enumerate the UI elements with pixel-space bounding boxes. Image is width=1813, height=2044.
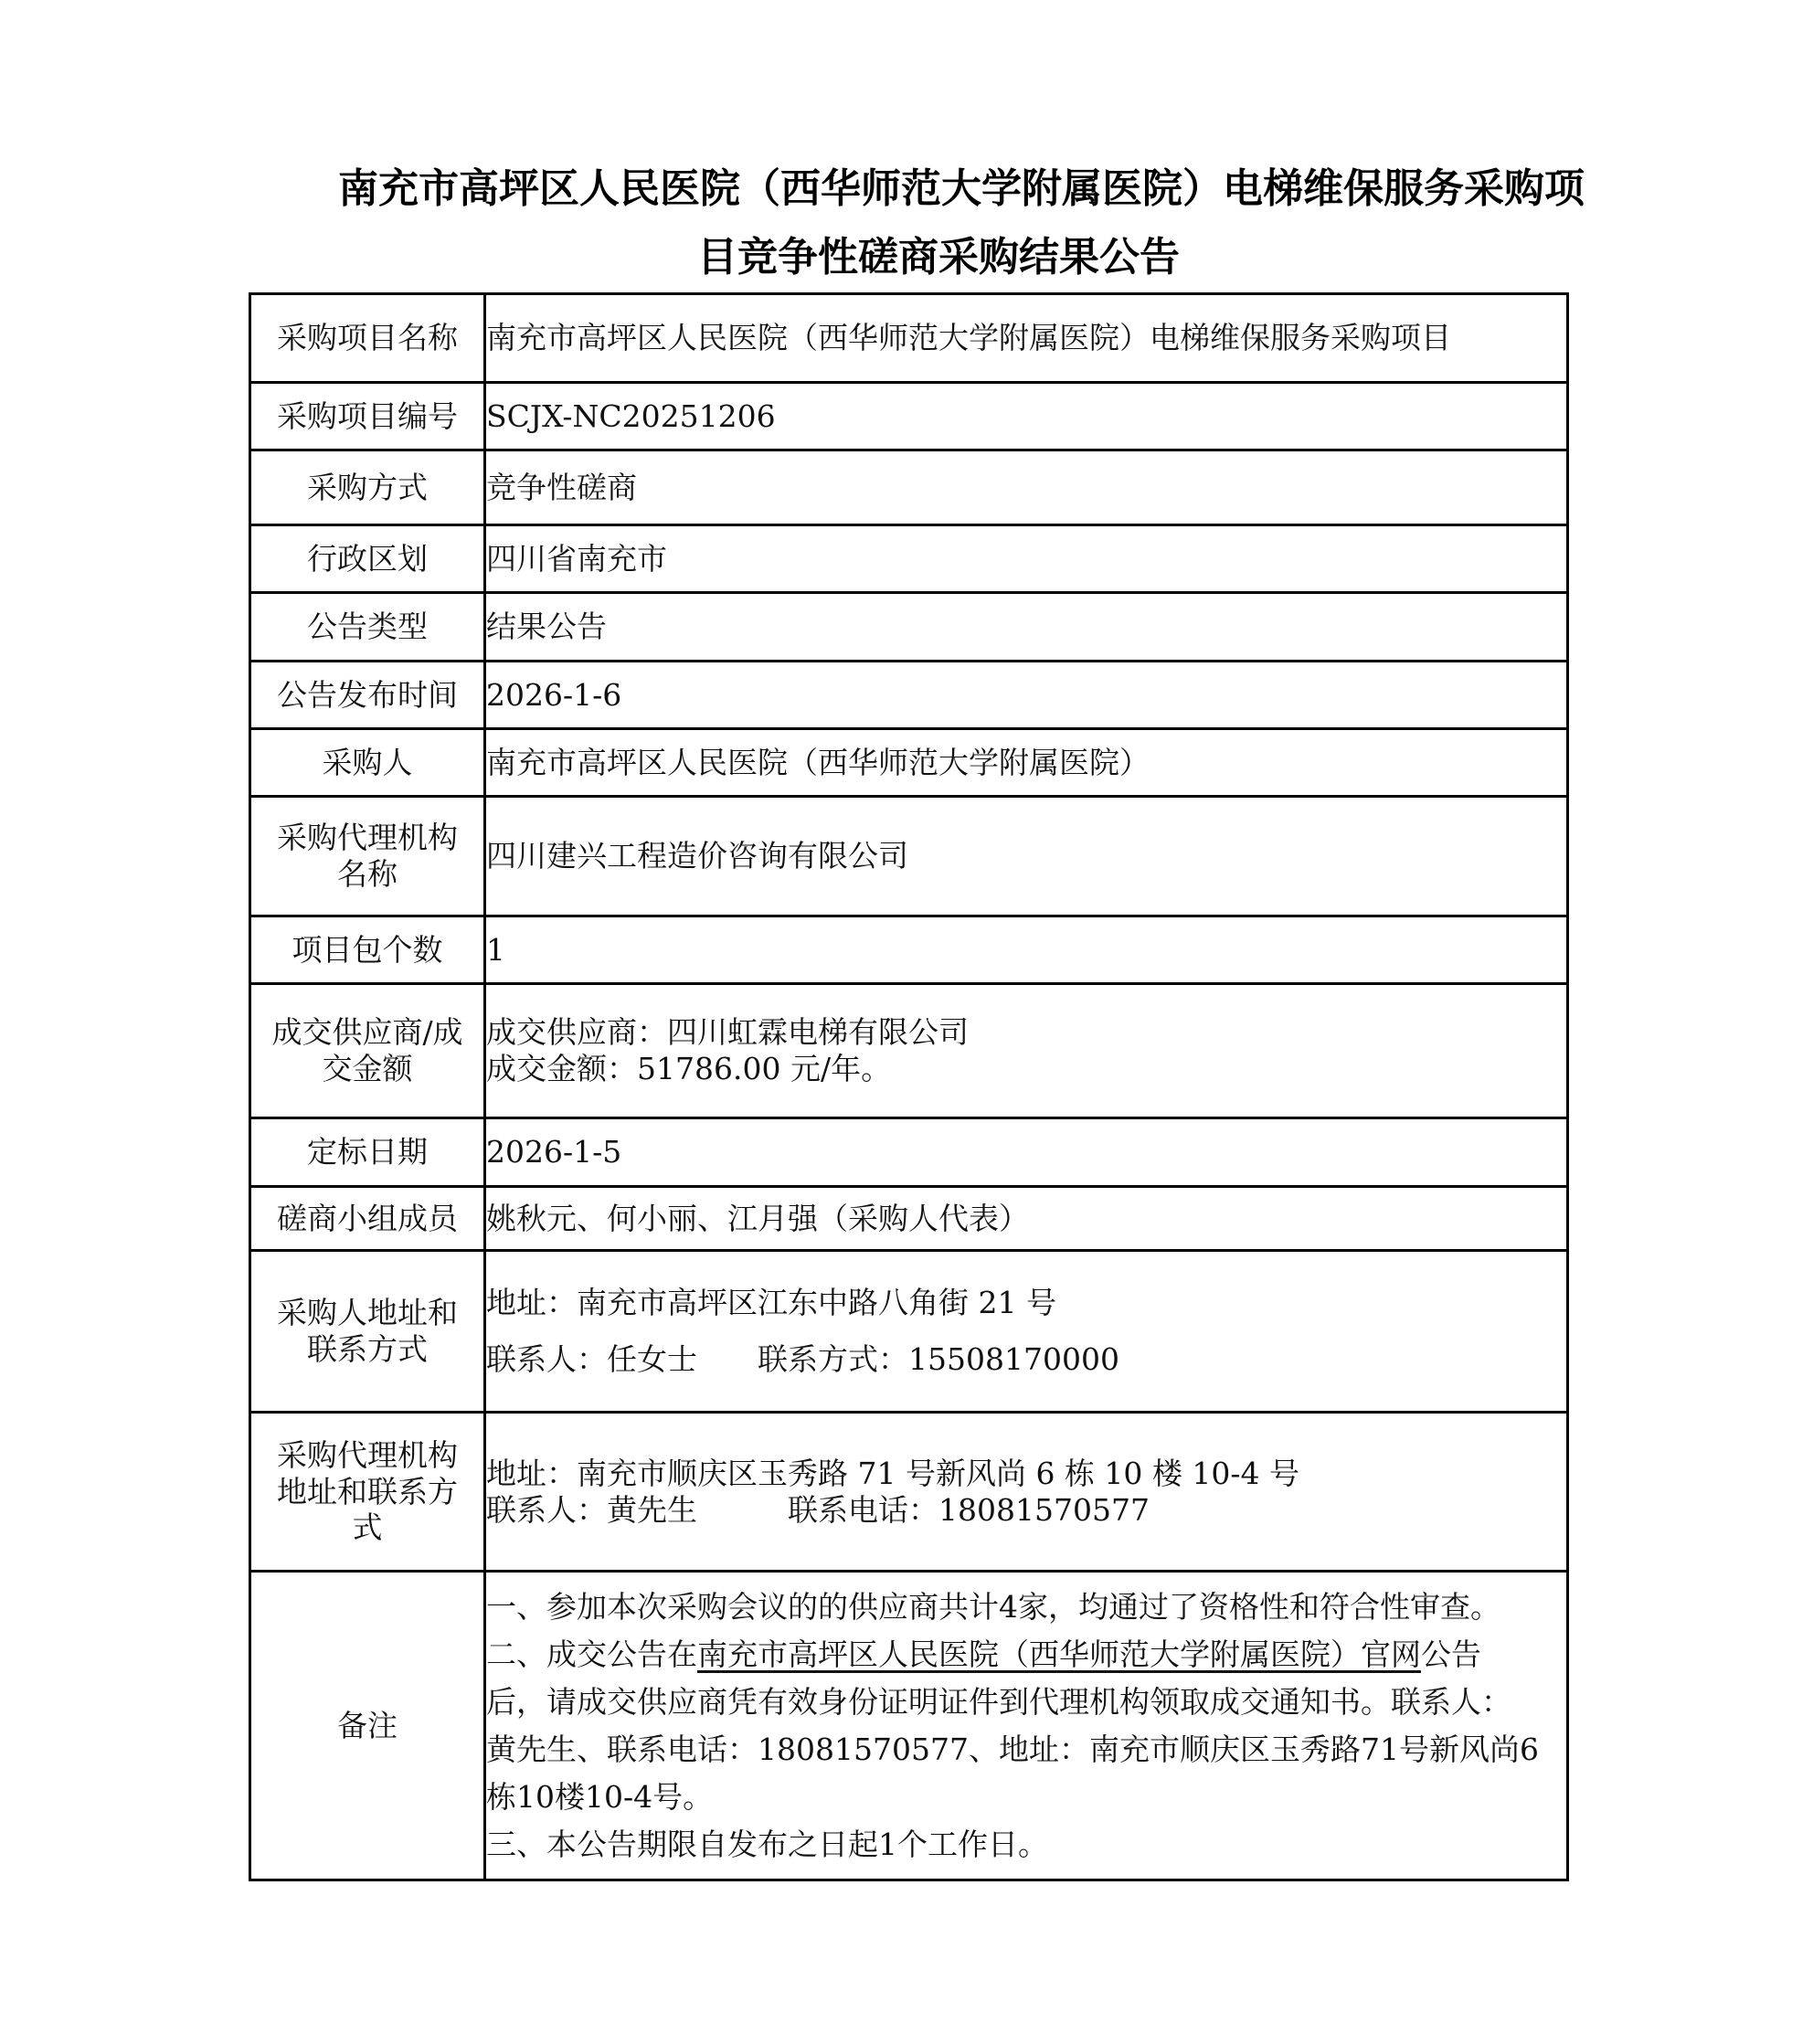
row-label: 采购方式 — [250, 450, 485, 525]
row-label: 成交供应商/成 交金额 — [250, 984, 485, 1118]
remark-line: 黄先生、联系电话：18081570577、地址：南充市顺庆区玉秀路71号新风尚6 — [486, 1726, 1566, 1774]
table-row: 采购代理机构 名称 四川建兴工程造价咨询有限公司 — [250, 797, 1568, 916]
row-label: 采购人地址和 联系方式 — [250, 1251, 485, 1413]
row-label: 采购代理机构 地址和联系方 式 — [250, 1413, 485, 1572]
table-row: 备注 一、参加本次采购会议的的供应商共计4家，均通过了资格性和符合性审查。 二、… — [250, 1572, 1568, 1880]
table-row: 采购代理机构 地址和联系方 式 地址：南充市顺庆区玉秀路 71 号新风尚 6 栋… — [250, 1413, 1568, 1572]
spacer — [486, 1321, 1566, 1341]
agency-contact-cell: 地址：南充市顺庆区玉秀路 71 号新风尚 6 栋 10 楼 10-4 号 联系人… — [485, 1413, 1568, 1572]
remark-text: 二、成交公告在 — [486, 1636, 697, 1672]
row-label-line: 采购人地址和 — [251, 1295, 483, 1331]
document-title-line2: 目竞争性磋商采购结果公告 — [32, 224, 1813, 282]
remark-line: 三、本公告期限自发布之日起1个工作日。 — [486, 1821, 1566, 1869]
table-row: 成交供应商/成 交金额 成交供应商：四川虹霖电梯有限公司 成交金额：51786.… — [250, 984, 1568, 1118]
table-row: 磋商小组成员 姚秋元、何小丽、江月强（采购人代表） — [250, 1187, 1568, 1251]
row-label-line: 地址和联系方 — [251, 1474, 483, 1510]
winning-supplier-cell: 成交供应商：四川虹霖电梯有限公司 成交金额：51786.00 元/年。 — [485, 984, 1568, 1118]
table-row: 公告类型 结果公告 — [250, 593, 1568, 662]
row-label: 公告类型 — [250, 593, 485, 662]
table-row: 采购方式 竞争性磋商 — [250, 450, 1568, 525]
package-count-value: 1 — [485, 916, 1568, 984]
table-row: 采购人 南充市高坪区人民医院（西华师范大学附属医院） — [250, 729, 1568, 797]
table-row: 行政区划 四川省南充市 — [250, 525, 1568, 593]
deal-amount-value: 成交金额：51786.00 元/年。 — [486, 1051, 1566, 1087]
table-row: 采购人地址和 联系方式 地址：南充市高坪区江东中路八角街 21 号 联系人：任女… — [250, 1251, 1568, 1413]
row-label-line: 联系方式 — [251, 1331, 483, 1368]
project-name-value: 南充市高坪区人民医院（西华师范大学附属医院）电梯维保服务采购项目 — [485, 294, 1568, 383]
purchaser-contact-value: 联系人：任女士 联系方式：15508170000 — [486, 1341, 1566, 1378]
table-row: 项目包个数 1 — [250, 916, 1568, 984]
row-label: 行政区划 — [250, 525, 485, 593]
remarks-cell: 一、参加本次采购会议的的供应商共计4家，均通过了资格性和符合性审查。 二、成交公… — [485, 1572, 1568, 1880]
remark-line: 后，请成交供应商凭有效身份证明证件到代理机构领取成交通知书。联系人： — [486, 1679, 1566, 1726]
procurement-method-value: 竞争性磋商 — [485, 450, 1568, 525]
panel-members-value: 姚秋元、何小丽、江月强（采购人代表） — [485, 1187, 1568, 1251]
region-value: 四川省南充市 — [485, 525, 1568, 593]
row-label-line: 成交供应商/成 — [251, 1014, 483, 1051]
hospital-website-link[interactable]: 南充市高坪区人民医院（西华师范大学附属医院）官网 — [697, 1636, 1421, 1672]
project-number-value: SCJX-NC20251206 — [485, 383, 1568, 450]
remark-line: 二、成交公告在南充市高坪区人民医院（西华师范大学附属医院）官网公告 — [486, 1631, 1566, 1679]
remark-line: 栋10楼10-4号。 — [486, 1774, 1566, 1821]
table-row: 采购项目名称 南充市高坪区人民医院（西华师范大学附属医院）电梯维保服务采购项目 — [250, 294, 1568, 383]
remark-text: 公告 — [1421, 1636, 1481, 1672]
result-table: 采购项目名称 南充市高坪区人民医院（西华师范大学附属医院）电梯维保服务采购项目 … — [249, 292, 1569, 1881]
table-row: 公告发布时间 2026-1-6 — [250, 662, 1568, 729]
row-label: 备注 — [250, 1572, 485, 1880]
winning-supplier-value: 成交供应商：四川虹霖电梯有限公司 — [486, 1014, 1566, 1051]
award-date-value: 2026-1-5 — [485, 1118, 1568, 1187]
agency-address-value: 地址：南充市顺庆区玉秀路 71 号新风尚 6 栋 10 楼 10-4 号 — [486, 1456, 1566, 1492]
table-row: 采购项目编号 SCJX-NC20251206 — [250, 383, 1568, 450]
row-label: 采购代理机构 名称 — [250, 797, 485, 916]
publish-date-value: 2026-1-6 — [485, 662, 1568, 729]
remark-line: 一、参加本次采购会议的的供应商共计4家，均通过了资格性和符合性审查。 — [486, 1583, 1566, 1631]
purchaser-address-value: 地址：南充市高坪区江东中路八角街 21 号 — [486, 1285, 1566, 1321]
row-label: 公告发布时间 — [250, 662, 485, 729]
agency-contact-value: 联系人：黄先生 联系电话：18081570577 — [486, 1492, 1566, 1529]
row-label: 采购人 — [250, 729, 485, 797]
row-label: 项目包个数 — [250, 916, 485, 984]
row-label: 采购项目名称 — [250, 294, 485, 383]
row-label: 采购项目编号 — [250, 383, 485, 450]
table-row: 定标日期 2026-1-5 — [250, 1118, 1568, 1187]
row-label-line: 采购代理机构 — [251, 820, 483, 856]
document-title-line1: 南充市高坪区人民医院（西华师范大学附属医院）电梯维保服务采购项 — [55, 155, 1813, 214]
purchaser-contact-cell: 地址：南充市高坪区江东中路八角街 21 号 联系人：任女士 联系方式：15508… — [485, 1251, 1568, 1413]
row-label-line: 采购代理机构 — [251, 1437, 483, 1474]
notice-type-value: 结果公告 — [485, 593, 1568, 662]
agency-name-value: 四川建兴工程造价咨询有限公司 — [485, 797, 1568, 916]
row-label-line: 交金额 — [251, 1051, 483, 1087]
row-label-line: 式 — [251, 1509, 483, 1546]
purchaser-value: 南充市高坪区人民医院（西华师范大学附属医院） — [485, 729, 1568, 797]
row-label: 磋商小组成员 — [250, 1187, 485, 1251]
row-label: 定标日期 — [250, 1118, 485, 1187]
row-label-line: 名称 — [251, 856, 483, 893]
